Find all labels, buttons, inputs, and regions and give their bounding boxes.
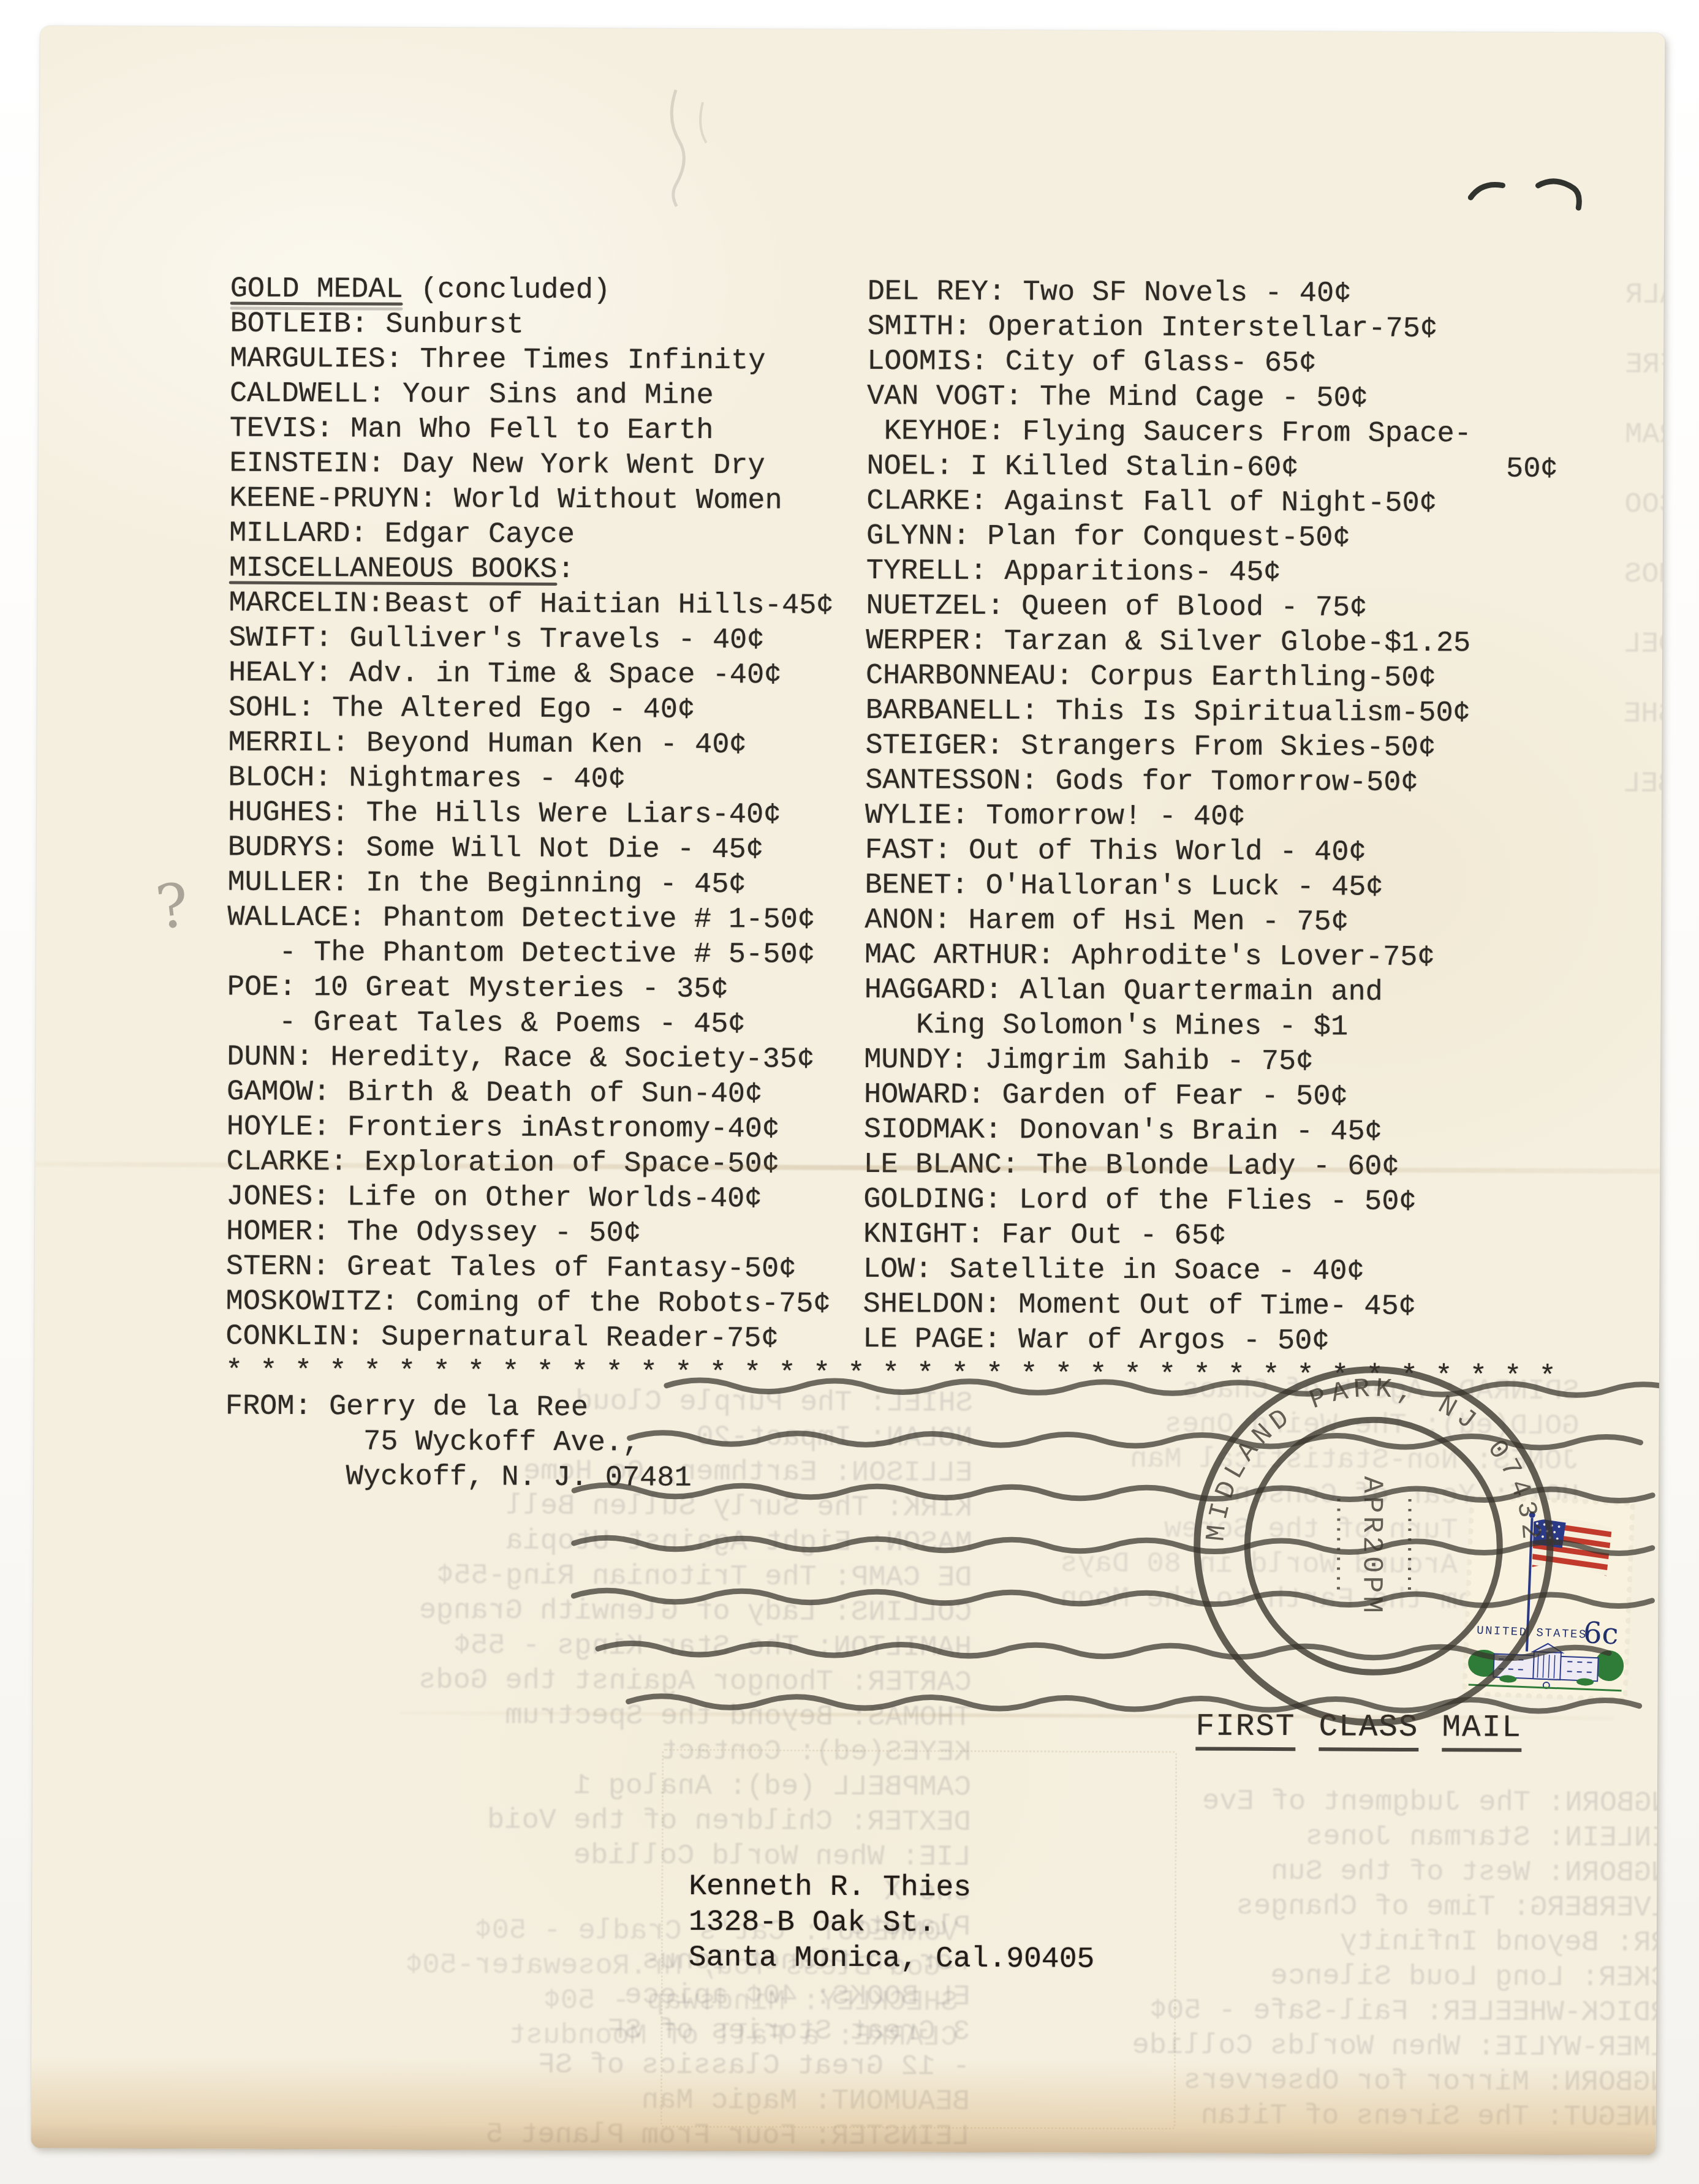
list-right-text: WYLIE: Tomorrow! - 40¢ [865,798,1246,835]
bleedthrough-line: LEINSTER: Four From Planet 5 [252,2117,969,2155]
list-left-text: BUDRYS: Some Will Not Die - 45¢ [228,831,764,868]
list-left-text: MILLARD: Edgar Cayce [229,516,575,553]
bleedthrough-line: BEL [1565,749,1665,820]
list-right-text: MUNDY: Jimgrim Sahib - 75¢ [864,1043,1314,1079]
bleedthrough-line: PANGBORN: Mirror for Observers [942,2063,1665,2101]
list-right-text: LOW: Satellite in Soace - 40¢ [863,1252,1364,1290]
list-right-text: SIODMAK: Donovan's Brain - 45¢ [864,1113,1382,1150]
list-right-text: GLYNN: Plan for Conquest-50¢ [866,519,1350,556]
list-left-text: TEVIS: Man Who Fell to Earth [230,412,714,448]
list-right-text: LOOMIS: City of Glass- 65¢ [867,344,1317,381]
bleedthrough-line: DEL [1565,610,1665,680]
postmark-date-text: APR20PM [1355,1476,1388,1616]
list-left-text: HEALY: Adv. in Time & Space -40¢ [229,656,782,693]
list-right-text: LE BLANC: The Blonde Lady - 60¢ [863,1147,1399,1185]
staple-marks [1464,149,1600,230]
list-left-text: SOHL: The Altered Ego - 40¢ [229,691,695,728]
list-left-text: DUNN: Heredity, Race & Society-35¢ [227,1040,814,1078]
list-right-text: BARBANELL: This Is Spiritualism-50¢ [866,693,1470,731]
list-left-text: EINSTEIN: Day New York Went Dry [229,447,765,484]
postmark-circle: MIDLAND PARK, NJ 07432 APR20PM [1197,1369,1551,1723]
list-right-text: NOEL: I Killed Stalin-60¢ 50¢ [866,449,1557,487]
list-right-text: GOLDING: Lord of the Flies - 50¢ [863,1182,1417,1220]
book-list: GOLD MEDAL (concluded)DEL REY: Two SF No… [225,272,230,1389]
list-left-text: MARGULIES: Three Times Infinity [230,342,766,379]
list-left-text: GAMOW: Birth & Death of Sun-40¢ [227,1075,763,1113]
bleedthrough-line: BALMER-WYLIE: When Worlds Collide [942,2028,1665,2066]
bleedthrough-line: FRE [1567,330,1665,401]
list-right-text: MAC ARTHUR: Aphrodite's Lover-75¢ [865,938,1435,975]
list-left-text: POE: 10 Great Mysteries - 35¢ [227,970,728,1008]
pencil-squiggle [602,77,762,249]
bleedthrough-line: VONNEGUT: The Sirens of Titan [942,2098,1665,2136]
bleedthrough-line: CAMPBELL (ed): Analog 1 [254,1767,971,1805]
recipient-address-line: Santa Monica, Cal.90405 [689,1940,1095,1978]
list-left-text: CLARKE: Exploration of Space-50¢ [226,1145,779,1182]
bleedthrough-line: SHE [1565,679,1665,750]
bleedthrough-line: CLARKE: a Fall of Moondust [339,2017,958,2055]
list-right-text: TYRELL: Apparitions- 45¢ [866,554,1281,591]
list-left-text: HOYLE: Frontiers inAstronomy-40¢ [227,1110,780,1147]
list-right-text: BENET: O'Halloran's Luck - 45¢ [865,868,1383,905]
list-right-text: ANON: Harem of Hsi Men - 75¢ [865,903,1349,940]
list-right-text: VAN VOGT: The Mind Cage - 50¢ [867,379,1368,417]
list-left-text: CALDWELL: Your Sins and Mine [230,377,714,414]
bleedthrough-line: ALR [1567,260,1665,331]
list-left-text: - Great Tales & Poems - 45¢ [227,1005,745,1043]
bleedthrough-line: COO [1566,470,1665,540]
list-left-text: MOSKOWITZ: Coming of the Robots-75¢ [225,1285,830,1322]
list-right-text: CLARKE: Against Fall of Night-50¢ [866,484,1437,521]
list-left-text: HUGHES: The Hills Were Liars-40¢ [228,796,781,833]
list-left-text: MERRIL: Beyond Human Ken - 40¢ [228,726,746,763]
list-left-text: MULLER: In the Beginning - 45¢ [227,866,746,903]
list-right-text: DEL REY: Two SF Novels - 40¢ [868,274,1352,311]
list-right-text: STEIGER: Strangers From Skies-50¢ [865,728,1436,766]
list-left-text: WALLACE: Phantom Detective # 1-50¢ [227,901,815,938]
list-right-text: SANTESSON: Gods for Tomorrow-50¢ [865,763,1418,801]
list-right-text: SMITH: Operation Interstellar-75¢ [867,309,1437,347]
list-right-text: FAST: Out of This World - 40¢ [865,833,1366,871]
list-left-text: BLOCH: Nightmares - 40¢ [228,761,626,798]
list-right-text: HOWARD: Garden of Fear - 50¢ [864,1078,1348,1114]
list-left-text: KEENE-PRUYN: World Without Women [229,482,782,519]
bleedthrough-line: HEINLEIN: Starman Jones [944,1818,1665,1856]
list-left-text: HOMER: The Odyssey - 50¢ [226,1215,641,1252]
list-left-text: STERN: Great Tales of Fantasy-50¢ [226,1250,797,1287]
bleedthrough-text-block: ALRFRERAMCOOMOSDELSHEBEL [1565,260,1665,820]
bleedthrough-line: BEAUMONT: Magic Man [253,2082,970,2120]
bleedthrough-line: SHECKLEY: Mindswap - 50¢ [339,1982,958,2020]
list-right-text: HAGGARD: Allan Quartermain and [865,973,1383,1010]
pencil-question-mark: ? [153,870,193,943]
list-left-text: - The Phantom Detective # 5-50¢ [227,935,815,973]
scanner-background: { "list": { "rows": [ {"l":"GOLD MEDAL (… [0,0,1699,2184]
list-left-text: BOTLEIB: Sunburst [230,307,524,343]
list-right-text: KEYHOE: Flying Saucers From Space- [867,414,1472,452]
recipient-address: Kenneth R. Thies1328-B Oak St.Santa Moni… [689,1869,1095,1978]
list-right-text: NUETZEL: Queen of Blood - 75¢ [866,589,1367,626]
list-right-text: KNIGHT: Far Out - 65¢ [863,1217,1227,1254]
bleedthrough-line: RAM [1566,400,1665,470]
list-right-text: King Solomon's Mines - $1 [864,1008,1348,1045]
recipient-address-line: 1328-B Oak St. [689,1905,1095,1942]
list-right-text: SHELDON: Moment Out of Time- 45¢ [863,1287,1416,1324]
bleedthrough-line: PANGBORN: The Judgment of Eve [944,1783,1665,1821]
postmark: MIDLAND PARK, NJ 07432 APR20PM [536,1350,1665,1765]
list-right-text: CHARBONNEAU: Corpus Earthling-50¢ [866,659,1436,696]
bleedthrough-line: MOS [1565,540,1665,610]
recipient-address-line: Kenneth R. Thies [689,1869,1095,1906]
bleedthrough-line: DEXTER: Children of the Void [254,1802,971,1840]
list-left-text: SWIFT: Gulliver's Travels - 40¢ [229,621,765,659]
list-left-text: JONES: Life on Other Worlds-40¢ [226,1180,762,1217]
bleedthrough-line: BURDICK-WHEELER: Fail-Safe - 50¢ [942,1993,1665,2031]
envelope-scan: SPINRAD: Agent of ChaosGOLD(ed): The Wei… [31,26,1665,2155]
list-right-text: WERPER: Tarzan & Silver Globe-$1.25 [866,624,1470,661]
list-left-text: MARCELIN:Beast of Haitian Hills-45¢ [229,586,833,624]
